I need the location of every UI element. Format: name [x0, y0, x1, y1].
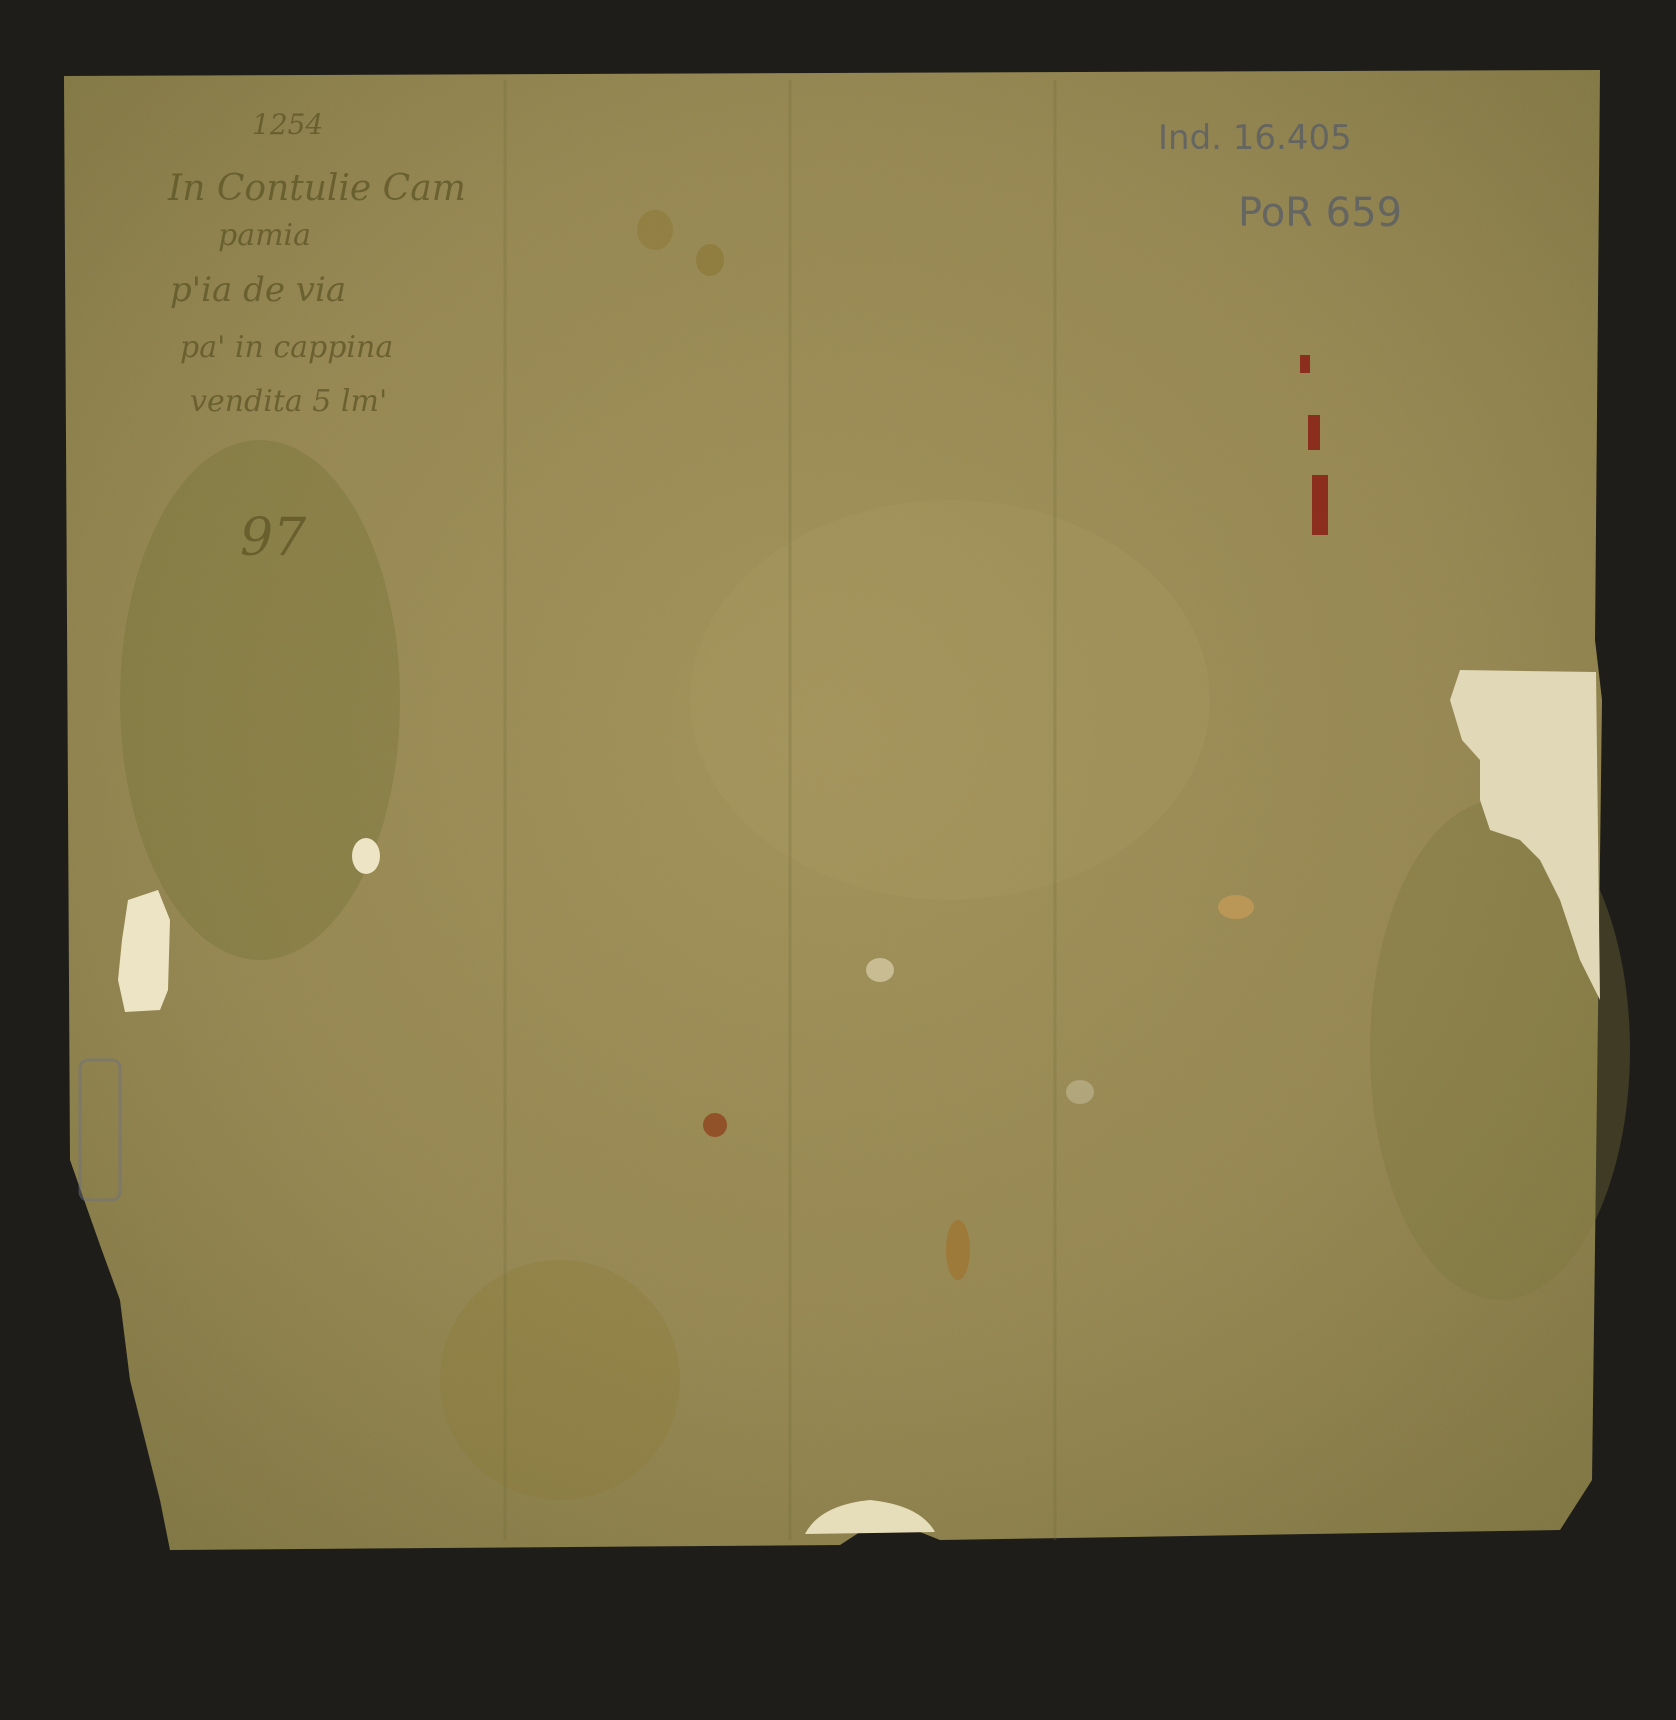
medieval-note-line-3: p'ia de via [170, 270, 346, 310]
medieval-note-line-4: pa' in cappina [180, 330, 393, 365]
hole-1 [352, 838, 380, 874]
medieval-note-line-2: pamia [218, 218, 311, 253]
archive-mark-line-2: PoR 659 [1238, 190, 1402, 236]
medieval-note-line-5: vendita 5 lm' [190, 384, 387, 419]
parchment-sheet [0, 0, 1676, 1720]
document-scan: 1254 In Contulie Cam pamia p'ia de via p… [0, 0, 1676, 1720]
folio-number: 97 [240, 508, 306, 568]
archive-mark-line-1: Ind. 16.405 [1158, 118, 1352, 158]
year-note: 1254 [252, 108, 323, 141]
medieval-note-line-1: In Contulie Cam [168, 168, 466, 209]
